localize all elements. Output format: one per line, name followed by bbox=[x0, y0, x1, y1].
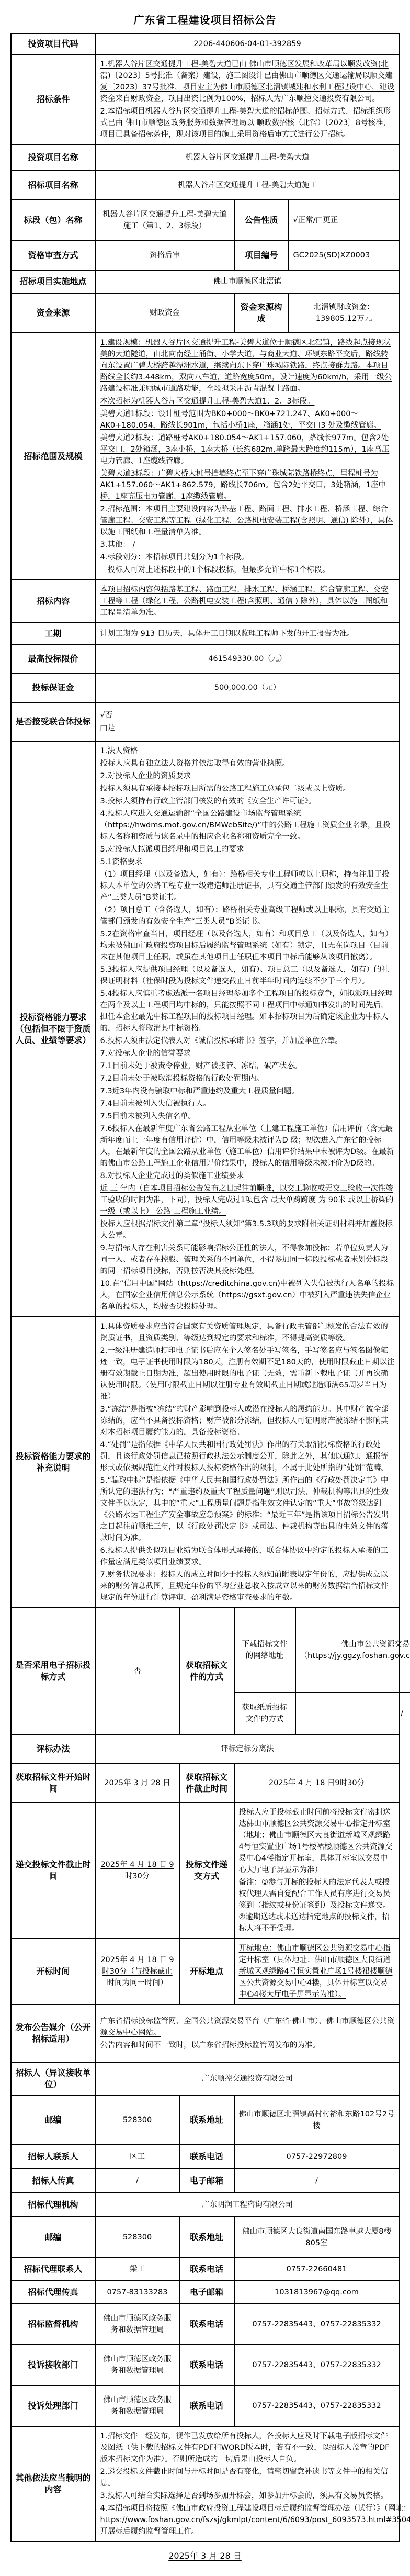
paragraph: 4.“处罚”是指依据《中华人民共和国行政处罚法》作出的有关取消投标资格的行政处罚… bbox=[100, 1439, 395, 1474]
table-row-complaint-handling-dept: 投诉处理部门佛山市顺德区政务服务和数据管理局联系电话0757-22835443、… bbox=[12, 2386, 399, 2427]
paragraph: 5.4投标人应慎重考虑选派一名项目经理参加多个工程项目的投标竞争，如拟派项目经理… bbox=[100, 988, 395, 1035]
row-value-2: 投标人应于投标截止时间前将投标文件密封送达佛山市顺德区公共资源交易中心指定开标室… bbox=[235, 1803, 399, 1938]
row-label: 递交投标文件截止时间 bbox=[12, 1803, 96, 1938]
row-value-1: 区工 bbox=[96, 2145, 180, 2168]
row-value: 本项目招标内容包括路基工程、路面工程、排水工程、桥涵工程、综合管廊工程、交安工程… bbox=[96, 580, 399, 622]
tender-table: 投资项目代码2206-440606-04-01-392859招标条件1.机器人谷… bbox=[10, 33, 400, 2542]
row-label: 招标代理联系人 bbox=[12, 2258, 96, 2280]
row-value: 1.建设规模：机器人谷片区交通提升工程-美碧大道位于顺德区北滘镇，路线起点接现状… bbox=[96, 333, 399, 579]
document-access-cells: 下载招标文件的网络地址佛山市公共资源交易信息化综合平台 （https://jy.… bbox=[235, 1608, 410, 1734]
paragraph: 1.招标文件一经发布，视作已发放给所有投标人，各投标人应及时下载电子版招标文件及… bbox=[100, 2430, 395, 2466]
table-row-tender-agency: 招标代理机构广东明润工程咨询有限公司 bbox=[12, 2193, 399, 2217]
paragraph: 投标人须具有承接本招标项目所需的公路工程施工总承包二级或以上资质。 bbox=[100, 782, 351, 795]
row-value-2: 北滘镇财政资金：139805.12万元 bbox=[289, 294, 399, 332]
row-value-1: / bbox=[96, 2169, 180, 2192]
paragraph: 5.对投标人拟派项目经理和项目总工的要求 bbox=[100, 843, 244, 856]
row-value: 500,000.00（元） bbox=[96, 674, 399, 702]
row-value: 广东明润工程咨询有限公司 bbox=[96, 2193, 399, 2216]
table-row-tender-conditions: 招标条件1.机器人谷片区交通提升工程-美碧大道已由 佛山市顺德区发展和改革局以顺… bbox=[12, 55, 399, 145]
row-value: 广东顺控交通投资有限公司 bbox=[96, 2063, 399, 2095]
table-row-evaluation-method: 评标办法评标定标分离法 bbox=[12, 1735, 399, 1764]
row-value: 461549330.00（元） bbox=[96, 645, 399, 673]
paragraph: 7.5目前未被列入失信名单。 bbox=[100, 1110, 196, 1123]
row-value-1: 否 bbox=[96, 1608, 180, 1734]
paragraph: 4.标段划分：本招标项目共划分为1个标段。 bbox=[100, 551, 249, 564]
paragraph: 1.建设规模：机器人谷片区交通提升工程-美碧大道位于顺德区北滘镇，路线起点接现状… bbox=[100, 337, 395, 395]
row-value-1: 2025年 4 月 18 日 9时30分 bbox=[96, 1803, 180, 1938]
paragraph: （2）项目总工（含备选人，如有）：路桥相关专业高级工程师或以上职称，具有交通主管… bbox=[100, 904, 395, 928]
table-row-construction-period: 工期计划工期为 913 日历天，具体开工日期以监理工程师下发的开工报告为准。 bbox=[12, 623, 399, 645]
document-access-row: 下载招标文件的网络地址佛山市公共资源交易信息化综合平台 （https://jy.… bbox=[235, 1608, 410, 1693]
paragraph: 投标人应具有独立法人资格并依法取得有效的营业执照。 bbox=[100, 757, 290, 770]
paragraph: 2.对投标人企业的资质要求 bbox=[100, 770, 191, 782]
row-value-1: 资格后审 bbox=[96, 241, 235, 270]
paragraph: 1.机器人谷片区交通提升工程-美碧大道已由 佛山市顺德区发展和改革局以顺发改资(… bbox=[100, 58, 395, 105]
row-value: 2206-440606-04-01-392859 bbox=[96, 34, 399, 54]
row-label: 投标资格能力要求（包括但不限于资质人员、业绩等要求） bbox=[12, 742, 96, 1316]
paragraph: 7.6投标人在最新年度广东省公路工程从业单位（土建工程施工单位）信用评价（含无最… bbox=[100, 1123, 395, 1170]
table-row-investment-project-code: 投资项目代码2206-440606-04-01-392859 bbox=[12, 34, 399, 55]
row-value-1: 佛山市顺德区政务服务和数据管理局 bbox=[96, 2304, 180, 2344]
paragraph: 7.2目前未处于被取消投标资格的行政处罚期内。 bbox=[100, 1072, 264, 1085]
row-label-2: 联系电话 bbox=[180, 2258, 235, 2280]
paragraph: 美碧大道1标段：设计桩号范围为BK0+000～BK0+721.247、AK0+0… bbox=[100, 408, 395, 432]
paragraph: 评标定标分离法 bbox=[221, 1743, 274, 1755]
row-value-1: 0757-83133283 bbox=[96, 2281, 180, 2303]
row-value-2: 佛山市顺德区北滘镇高村村裕和东路102号2号楼 bbox=[235, 2096, 399, 2144]
row-label: 评标办法 bbox=[12, 1735, 96, 1763]
row-value-2: 0757-22660481 bbox=[235, 2258, 399, 2280]
row-label-2: 联系电话 bbox=[180, 2386, 235, 2426]
row-value: √否□是 bbox=[96, 703, 399, 741]
table-row-fund-source: 资金来源财政资金资金来源构成北滘镇财政资金：139805.12万元 bbox=[12, 294, 399, 333]
table-row-implementation-place: 招标项目实施地点佛山市顺德区北滘镇 bbox=[12, 271, 399, 294]
paragraph: 2206-440606-04-01-392859 bbox=[193, 38, 301, 50]
row-value-2: 2025年 4 月 18 日9时30分 bbox=[235, 1764, 399, 1802]
document-access-row: 获取纸质招标文件的方式/ bbox=[235, 1693, 410, 1734]
row-label-2: 资金来源构成 bbox=[235, 294, 289, 332]
table-row-consortium-bidding: 是否接受联合体投标√否□是 bbox=[12, 703, 399, 742]
row-label: 招标人联系人 bbox=[12, 2145, 96, 2168]
row-label-2: 联系地址 bbox=[180, 2096, 235, 2144]
paragraph: 佛山市顺德区北滘镇 bbox=[213, 275, 282, 288]
row-value: 1.机器人谷片区交通提升工程-美碧大道已由 佛山市顺德区发展和改革局以顺发改资(… bbox=[96, 55, 399, 144]
table-row-tender-scope-and-scale: 招标范围及规模1.建设规模：机器人谷片区交通提升工程-美碧大道位于顺德区北滘镇，… bbox=[12, 333, 399, 580]
row-label: 投标资格能力要求的补充说明 bbox=[12, 1317, 96, 1607]
table-row-tenderer-contact: 招标人联系人区工联系电话0757-22972809 bbox=[12, 2145, 399, 2169]
row-label: 开标时间 bbox=[12, 1939, 96, 2004]
paragraph: 机器人谷片区交通提升工程-美碧大道 bbox=[185, 151, 309, 164]
table-row-announcement-media: 发布公告媒介（公开招标适用）广东省招标投标监管网、全国公共资源交易平台（广东省·… bbox=[12, 2005, 399, 2063]
paragraph: 5.2在资格审查当日，项目经理（以及备选人，如有）和项目总工（以及备选人，如有）… bbox=[100, 928, 395, 964]
paragraph: 500,000.00（元） bbox=[214, 681, 281, 694]
paragraph: 3.其他： / bbox=[100, 539, 135, 551]
paragraph: 7.4目前未被列入失信被执行人。 bbox=[100, 1097, 211, 1110]
document-access-label: 下载招标文件的网络地址 bbox=[235, 1608, 296, 1692]
paragraph: 2.招标范围：本项目主要建设内容为路基工程、路面工程、排水工程、桥涵工程、综合管… bbox=[100, 503, 395, 539]
row-value: 1.招标文件一经发布，视作已发放给所有投标人，各投标人应及时下载电子版招标文件及… bbox=[96, 2427, 399, 2541]
paragraph: 3.投标人须持有行政主管部门核发的有效的《安全生产许可证》。 bbox=[100, 795, 316, 808]
row-value-1: 机器人谷片区交通提升工程-美碧大道施工（第1、2、3标段） bbox=[96, 200, 235, 240]
document-access-value: / bbox=[296, 1693, 410, 1734]
row-label: 投资项目名称 bbox=[12, 145, 96, 170]
row-label: 标段（包）名称 bbox=[12, 200, 96, 240]
row-label: 资格审查方式 bbox=[12, 241, 96, 270]
row-label: 招标项目实施地点 bbox=[12, 271, 96, 293]
paragraph: 5.1资格要求 bbox=[100, 856, 143, 868]
row-value: 1.法人资格投标人应具有独立法人资格并依法取得有效的营业执照。2.对投标人企业的… bbox=[96, 742, 399, 1316]
paragraph: 投标人可对上述标段中的1个标段投标，但最多允许中标1个标段。 bbox=[100, 564, 330, 576]
row-value-2: 开标地点：佛山市顺德区公共资源交易中心指定开标室（具体地址：佛山市顺德区大良街道… bbox=[235, 1939, 399, 2004]
paragraph: （1）项目经理（以及备选人，如有）：路桥相关专业工程师或以上职称，持有注册于投标… bbox=[100, 868, 395, 904]
paragraph: 5.“骗取中标”是指依据《中华人民共和国行政处罚法》所作出的《行政处罚决定书》中… bbox=[100, 1474, 395, 1544]
table-row-tender-project-name: 招标项目名称机器人谷片区交通提升工程-美碧大道施工 bbox=[12, 171, 399, 200]
paragraph: 7.3近3年内没有骗取中标和严重违约及重大工程质量问题。 bbox=[100, 1085, 299, 1097]
row-label-2: 项目编号 bbox=[235, 241, 289, 270]
row-label-2: 电子邮箱 bbox=[180, 2169, 235, 2192]
row-value-1: 财政资金 bbox=[96, 294, 235, 332]
row-value: 机器人谷片区交通提升工程-美碧大道施工 bbox=[96, 171, 399, 199]
row-label-2: 联系地址 bbox=[180, 2217, 235, 2257]
paragraph: 本次招标为机器人谷片区交通提升工程-美碧大道1、2、3标段。 bbox=[100, 395, 315, 408]
table-row-section-name-and-notice-nature: 标段（包）名称机器人谷片区交通提升工程-美碧大道施工（第1、2、3标段）公告性质… bbox=[12, 200, 399, 241]
table-row-complaint-receiving-dept: 投诉接收部门佛山市顺德区政务服务和数据管理局联系电话0757-22835443、… bbox=[12, 2345, 399, 2386]
row-label: 招标人（异议接收单位） bbox=[12, 2063, 96, 2095]
paragraph: 近 三 年内（自本项目招标公告发布之日起往前顺推，以交工验收或无交工验收一次性竣… bbox=[100, 1182, 395, 1218]
paragraph: 投标人应根据招标文件第二章“投标人须知”第3.5.3项的要求附相关证明材料并加盖… bbox=[100, 1218, 395, 1242]
paragraph: 机器人谷片区交通提升工程-美碧大道施工 bbox=[178, 179, 317, 192]
table-row-agency-postcode-address: 邮编528300联系地址佛山市顺德区大良街道南国东路卓越大厦8楼805室 bbox=[12, 2217, 399, 2258]
table-row-electronic-bidding: 是否采用电子招标投标方式否获取招标文件的方式下载招标文件的网络地址佛山市公共资源… bbox=[12, 1608, 399, 1735]
row-label-2: 开标地点 bbox=[180, 1939, 235, 2004]
table-row-tenderer-fax-email: 招标人传真/电子邮箱/ bbox=[12, 2169, 399, 2193]
row-label: 招标条件 bbox=[12, 55, 96, 144]
paragraph: 461549330.00（元） bbox=[208, 653, 287, 665]
paragraph: 9.与招标人存在利害关系可能影响招标公正性的法人，不得参加投标；若单位负责人为同… bbox=[100, 1242, 395, 1278]
table-row-supervision-agency: 招标监督机构佛山市顺德区政务服务和数据管理局联系电话0757-22835443、… bbox=[12, 2304, 399, 2345]
row-label-2: 联系电话 bbox=[180, 2145, 235, 2168]
row-value: 广东省招标投标监管网、全国公共资源交易平台（广东省·佛山市）、佛山市顺德区公共资… bbox=[96, 2005, 399, 2062]
table-row-agency-fax-email: 招标代理传真0757-83133283电子邮箱1031813967@qq.com bbox=[12, 2281, 399, 2304]
announcement-date: 2025年 3 月 28 日 bbox=[10, 2549, 400, 2561]
table-row-agency-contact: 招标代理联系人梁工联系电话0757-22660481 bbox=[12, 2258, 399, 2281]
row-label: 最高投标限价 bbox=[12, 645, 96, 673]
table-row-tenderer: 招标人（异议接收单位）广东顺控交通投资有限公司 bbox=[12, 2063, 399, 2096]
paragraph: 3.投标人可结合实际选择是否到场参加开标会，如参加开标会的，须具有交易员资格。 bbox=[100, 2490, 388, 2502]
row-label: 招标范围及规模 bbox=[12, 333, 96, 579]
row-value-1: 2025年 4 月 18 日 9时30分（与投标截止时间为同一时间） bbox=[96, 1939, 180, 2004]
table-row-bidder-qualification-requirements: 投标资格能力要求（包括但不限于资质人员、业绩等要求）1.法人资格投标人应具有独立… bbox=[12, 742, 399, 1317]
row-value-1: 佛山市顺德区政务服务和数据管理局 bbox=[96, 2345, 180, 2385]
row-label-2: 获取招标文件的方式 bbox=[180, 1608, 235, 1734]
paragraph: 2.一级注册建造师打印电子证书后应在个人签名处手写签名，手写签名应与签名图像笔迹… bbox=[100, 1345, 395, 1403]
page-title: 广东省工程建设项目招标公告 bbox=[10, 8, 400, 33]
paragraph: 广东省招标投标监管网、全国公共资源交易平台（广东省·佛山市）、佛山市顺德区公共资… bbox=[100, 2015, 395, 2039]
table-row-bid-submission-deadline: 递交投标文件截止时间2025年 4 月 18 日 9时30分投标文件递交方式投标… bbox=[12, 1803, 399, 1939]
paragraph: 开标地点：佛山市顺德区公共资源交易中心指定开标室（具体地址：佛山市顺德区大良街道… bbox=[239, 1942, 395, 2001]
paragraph: 6.投标人须由法定代表人对《诚信投标承诺书》签字，并加盖单位公章。 bbox=[100, 1035, 343, 1047]
row-value-1: 佛山市顺德区政务服务和数据管理局 bbox=[96, 2386, 180, 2426]
paragraph: 广东顺控交通投资有限公司 bbox=[202, 2073, 293, 2085]
paragraph: 10.在“信用中国”网站（https://creditchina.gov.cn)… bbox=[100, 1278, 395, 1313]
row-value-1: 梁工 bbox=[96, 2258, 180, 2280]
paragraph: 1.法人资格 bbox=[100, 745, 138, 757]
table-row-qualification-review-and-project-no: 资格审查方式资格后审项目编号GC2025(SD)XZ0003 bbox=[12, 241, 399, 271]
paragraph: 2.本招标项目机器人谷片区交通提升工程-美碧大道的招标范围、招标方式、招标组织形… bbox=[100, 105, 395, 141]
row-value-2: 0757-22972809 bbox=[235, 2145, 399, 2168]
row-value: 计划工期为 913 日历天，具体开工日期以监理工程师下发的开工报告为准。 bbox=[96, 623, 399, 644]
paragraph: 广东明润工程咨询有限公司 bbox=[202, 2199, 293, 2211]
row-label: 投标保证金 bbox=[12, 674, 96, 702]
paragraph: 投标人应于投标截止时间前将投标文件密封送达佛山市顺德区公共资源交易中心指定开标室… bbox=[239, 1806, 395, 1876]
row-label: 工期 bbox=[12, 623, 96, 644]
paragraph: 2.递交投标文件截止时间与开标时间是否有变化，请密切留意补遗书等文件中的相关信息… bbox=[100, 2466, 395, 2490]
row-label: 获取招标文件开始时间 bbox=[12, 1764, 96, 1802]
table-row-document-obtain-time: 获取招标文件开始时间2025年 3 月 28 日获取招标文件截止时间2025年 … bbox=[12, 1764, 399, 1803]
row-label: 招标代理传真 bbox=[12, 2281, 96, 2303]
tender-announcement-page: 广东省工程建设项目招标公告 投资项目代码2206-440606-04-01-39… bbox=[0, 0, 410, 2561]
row-label: 招标人传真 bbox=[12, 2169, 96, 2192]
row-label: 招标代理机构 bbox=[12, 2193, 96, 2216]
row-label-2: 获取招标文件截止时间 bbox=[180, 1764, 235, 1802]
row-label-2: 投标文件递交方式 bbox=[180, 1803, 235, 1938]
row-label: 投诉处理部门 bbox=[12, 2386, 96, 2426]
row-label-2: 联系电话 bbox=[180, 2345, 235, 2385]
paragraph: √否 bbox=[100, 709, 113, 722]
paragraph: 6.投标人提供类似项目业绩为联合体形式承接的，联合体协议中约定的投标人承接的工作… bbox=[100, 1544, 395, 1569]
row-value-1: 528300 bbox=[96, 2217, 180, 2257]
row-value-2: 0757-22835443、0757-22835332 bbox=[235, 2386, 399, 2426]
row-value-2: 佛山市顺德区大良街道南国东路卓越大厦8楼805室 bbox=[235, 2217, 399, 2257]
row-value-2: 1031813967@qq.com bbox=[235, 2281, 399, 2303]
row-label: 招标内容 bbox=[12, 580, 96, 622]
paragraph: 计划工期为 913 日历天，具体开工日期以监理工程师下发的开工报告为准。 bbox=[100, 628, 355, 640]
paragraph: 3.“冻结”是指被“冻结”的财产影响到投标人或潜在投标人的履约能力。其中财产被全… bbox=[100, 1403, 395, 1439]
paragraph: □是 bbox=[100, 722, 115, 734]
paragraph: 7.对投标人企业的信誉要求 bbox=[100, 1047, 191, 1060]
table-row-qualification-supplementary-notes: 投标资格能力要求的补充说明1.具体资质要求应当符合国家有关资质管理规定，具备行政… bbox=[12, 1317, 399, 1608]
row-label-2: 电子邮箱 bbox=[180, 2281, 235, 2303]
paragraph: 4.本招标项目将按照《佛山市政府投资工程建设项目标后履约监督管理办法（试行）》（… bbox=[100, 2502, 410, 2538]
row-label: 投诉接收部门 bbox=[12, 2345, 96, 2385]
row-value: 评标定标分离法 bbox=[96, 1735, 399, 1763]
table-row-investment-project-name: 投资项目名称机器人谷片区交通提升工程-美碧大道 bbox=[12, 145, 399, 171]
row-label: 邮编 bbox=[12, 2217, 96, 2257]
row-label: 资金来源 bbox=[12, 294, 96, 332]
row-label: 是否采用电子招标投标方式 bbox=[12, 1608, 96, 1734]
paragraph: 美碧大道3标段：广碧大桥大桩号挡墙终点至下穿广珠城际铁路桥终点，里程桩号为AK1… bbox=[100, 467, 395, 503]
paragraph: 美碧大道2标段：道路桩号AK0+180.054～AK1+157.060，路线长9… bbox=[100, 432, 395, 467]
row-value: 1.具体资质要求应当符合国家有关资质管理规定，具备行政主管部门核发的合法有效的资… bbox=[96, 1317, 399, 1607]
row-label: 其他依法应当载明的内容 bbox=[12, 2427, 96, 2541]
paragraph: 本项目招标内容包括路基工程、路面工程、排水工程、桥涵工程、综合管廊工程、交安工程… bbox=[100, 584, 395, 619]
document-access-value: 佛山市公共资源交易信息化综合平台 （https://jy.ggzy.foshan… bbox=[296, 1608, 410, 1692]
row-label: 招标监督机构 bbox=[12, 2304, 96, 2344]
row-value-2: GC2025(SD)XZ0003 bbox=[289, 241, 374, 270]
row-value-2: / bbox=[235, 2169, 399, 2192]
row-value-2: 0757-22835443、0757-22835332 bbox=[235, 2304, 399, 2344]
paragraph: 公告内容和时间不一致时，以广东省招标投标监管网发布的为准。 bbox=[100, 2039, 321, 2052]
row-value: 佛山市顺德区北滘镇 bbox=[96, 271, 399, 293]
row-value-2: 0757-22835443、0757-22835332 bbox=[235, 2345, 399, 2385]
row-value-1: 528300 bbox=[96, 2096, 180, 2144]
row-label-2: 联系电话 bbox=[180, 2304, 235, 2344]
row-label: 邮编 bbox=[12, 2096, 96, 2144]
row-value-2: √正常/□更正 bbox=[289, 200, 343, 240]
row-label-2: 公告性质 bbox=[235, 200, 289, 240]
paragraph: 5.3投标人应提供项目经理（以及备选人，如有）、项目总工（以及备选人，如有）的社… bbox=[100, 964, 395, 988]
paragraph: 1.具体资质要求应当符合国家有关资质管理规定，具备行政主管部门核发的合法有效的资… bbox=[100, 1320, 395, 1345]
row-label: 招标项目名称 bbox=[12, 171, 96, 199]
row-label: 发布公告媒介（公开招标适用） bbox=[12, 2005, 96, 2062]
table-row-bid-bond: 投标保证金500,000.00（元） bbox=[12, 674, 399, 703]
row-label: 是否接受联合体投标 bbox=[12, 703, 96, 741]
row-label: 投资项目代码 bbox=[12, 34, 96, 54]
row-value-1: 2025年 3 月 28 日 bbox=[96, 1764, 180, 1802]
paragraph: 8.对投标人企业完成过的类似施工业绩要求 bbox=[100, 1170, 244, 1182]
table-row-tender-content: 招标内容本项目招标内容包括路基工程、路面工程、排水工程、桥涵工程、综合管廊工程、… bbox=[12, 580, 399, 623]
row-value: 机器人谷片区交通提升工程-美碧大道 bbox=[96, 145, 399, 170]
paragraph: 7.财务状况要求：投标人的成立时间少于投标人须知前附表规定年份的，应提供成立以来… bbox=[100, 1569, 395, 1604]
paragraph: 4.投标人应进入交通运输部“全国公路建设市场监督管理系统（https://hwd… bbox=[100, 808, 395, 843]
table-row-bid-opening: 开标时间2025年 4 月 18 日 9时30分（与投标截止时间为同一时间）开标… bbox=[12, 1939, 399, 2005]
table-row-tenderer-postcode-address: 邮编528300联系地址佛山市顺德区北滘镇高村村裕和东路102号2号楼 bbox=[12, 2096, 399, 2145]
document-access-label: 获取纸质招标文件的方式 bbox=[235, 1693, 296, 1734]
paragraph: 7.1目前未处于被责令停业，财产被接管、冻结，破产状态。 bbox=[100, 1060, 302, 1072]
paragraph: 备注：①参与开标的投标人的法定代表人或授权代理人需自觉配合工作人员有序进行交易员… bbox=[239, 1876, 395, 1935]
table-row-max-bid-price: 最高投标限价461549330.00（元） bbox=[12, 645, 399, 674]
table-row-other-required-content: 其他依法应当载明的内容1.招标文件一经发布，视作已发放给所有投标人，各投标人应及… bbox=[12, 2427, 399, 2542]
